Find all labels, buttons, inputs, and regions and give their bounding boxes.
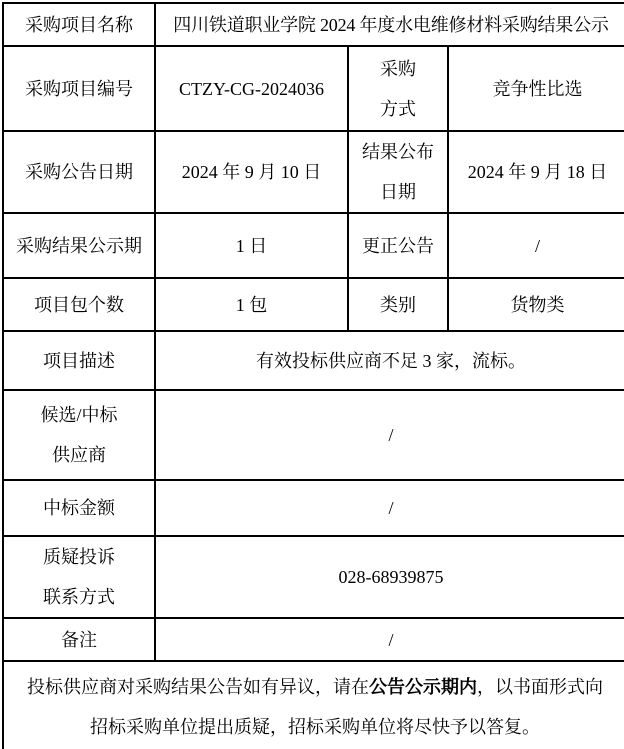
project-number-value: CTZY-CG-2024036 [155,46,348,131]
award-amount-label: 中标金额 [3,480,155,536]
footer-note-bold: 公告公示期内 [369,677,477,697]
row-package-count: 项目包个数 1 包 类别 货物类 [3,278,624,331]
candidate-supplier-value: / [155,390,624,480]
candidate-supplier-label: 候选/中标 供应商 [3,390,155,480]
result-date-value: 2024 年 9 月 18 日 [448,131,624,213]
row-remarks: 备注 / [3,618,624,661]
publicity-period-value: 1 日 [155,213,348,278]
announce-date-label: 采购公告日期 [3,131,155,213]
project-name-label: 采购项目名称 [3,3,155,46]
footer-note: 投标供应商对采购结果公告如有异议，请在公告公示期内，以书面形式向 招标采购单位提… [3,661,624,749]
project-description-label: 项目描述 [3,331,155,390]
procure-method-label: 采购 方式 [348,46,448,131]
package-count-value: 1 包 [155,278,348,331]
remarks-value: / [155,618,624,661]
announce-date-value: 2024 年 9 月 10 日 [155,131,348,213]
correction-notice-value: / [448,213,624,278]
row-publicity-period: 采购结果公示期 1 日 更正公告 / [3,213,624,278]
row-complaint-contact: 质疑投诉 联系方式 028-68939875 [3,536,624,618]
row-announce-date: 采购公告日期 2024 年 9 月 10 日 结果公布 日期 2024 年 9 … [3,131,624,213]
award-amount-value: / [155,480,624,536]
remarks-label: 备注 [3,618,155,661]
category-value: 货物类 [448,278,624,331]
row-award-amount: 中标金额 / [3,480,624,536]
publicity-period-label: 采购结果公示期 [3,213,155,278]
row-project-name: 采购项目名称 四川铁道职业学院 2024 年度水电维修材料采购结果公示 [3,3,624,46]
project-name-value: 四川铁道职业学院 2024 年度水电维修材料采购结果公示 [155,3,624,46]
package-count-label: 项目包个数 [3,278,155,331]
project-description-value: 有效投标供应商不足 3 家，流标。 [155,331,624,390]
project-number-label: 采购项目编号 [3,46,155,131]
correction-notice-label: 更正公告 [348,213,448,278]
row-footer-note: 投标供应商对采购结果公告如有异议，请在公告公示期内，以书面形式向 招标采购单位提… [3,661,624,749]
footer-note-part1: 投标供应商对采购结果公告如有异议，请在 [27,677,369,697]
row-project-description: 项目描述 有效投标供应商不足 3 家，流标。 [3,331,624,390]
row-candidate-supplier: 候选/中标 供应商 / [3,390,624,480]
complaint-contact-value: 028-68939875 [155,536,624,618]
procurement-result-table: 采购项目名称 四川铁道职业学院 2024 年度水电维修材料采购结果公示 采购项目… [2,2,624,749]
complaint-contact-label: 质疑投诉 联系方式 [3,536,155,618]
category-label: 类别 [348,278,448,331]
procure-method-value: 竞争性比选 [448,46,624,131]
result-date-label: 结果公布 日期 [348,131,448,213]
row-project-number: 采购项目编号 CTZY-CG-2024036 采购 方式 竞争性比选 [3,46,624,131]
